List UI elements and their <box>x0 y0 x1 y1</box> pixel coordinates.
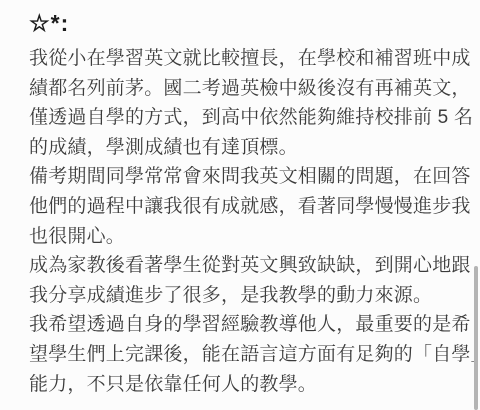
text-line: 我希望透過自身的學習經驗教導他人，最重要的是希 <box>29 310 454 340</box>
text-line: 能力，不只是依靠任何人的教學。 <box>29 370 454 400</box>
text-line: 我分享成績進步了很多，是我教學的動力來源。 <box>29 281 454 311</box>
text-line: 望學生們上完課後，能在語言這方面有足夠的「自學」 <box>29 340 454 370</box>
text-line: 僅透過自學的方式，到高中依然能夠維持校排前 5 名 <box>29 103 454 133</box>
text-line: 績都名列前茅。國二考過英檢中級後沒有再補英文， <box>29 74 454 104</box>
text-page: ☆*: 我從小在學習英文就比較擅長，在學校和補習班中成績都名列前茅。國二考過英檢… <box>0 0 480 410</box>
text-line: 他們的過程中讓我很有成就感，看著同學慢慢進步我 <box>29 192 454 222</box>
text-line: 的成績，學測成績也有達頂標。 <box>29 133 454 163</box>
scrollbar-thumb[interactable] <box>474 266 478 410</box>
page-title: ☆*: <box>29 8 69 38</box>
text-line: 也很開心。 <box>29 222 454 252</box>
text-line: 成為家教後看著學生從對英文興致缺缺，到開心地跟 <box>29 251 454 281</box>
text-line: 備考期間同學常常會來問我英文相關的問題，在回答 <box>29 162 454 192</box>
body-text: 我從小在學習英文就比較擅長，在學校和補習班中成績都名列前茅。國二考過英檢中級後沒… <box>29 44 454 399</box>
text-line: 我從小在學習英文就比較擅長，在學校和補習班中成 <box>29 44 454 74</box>
